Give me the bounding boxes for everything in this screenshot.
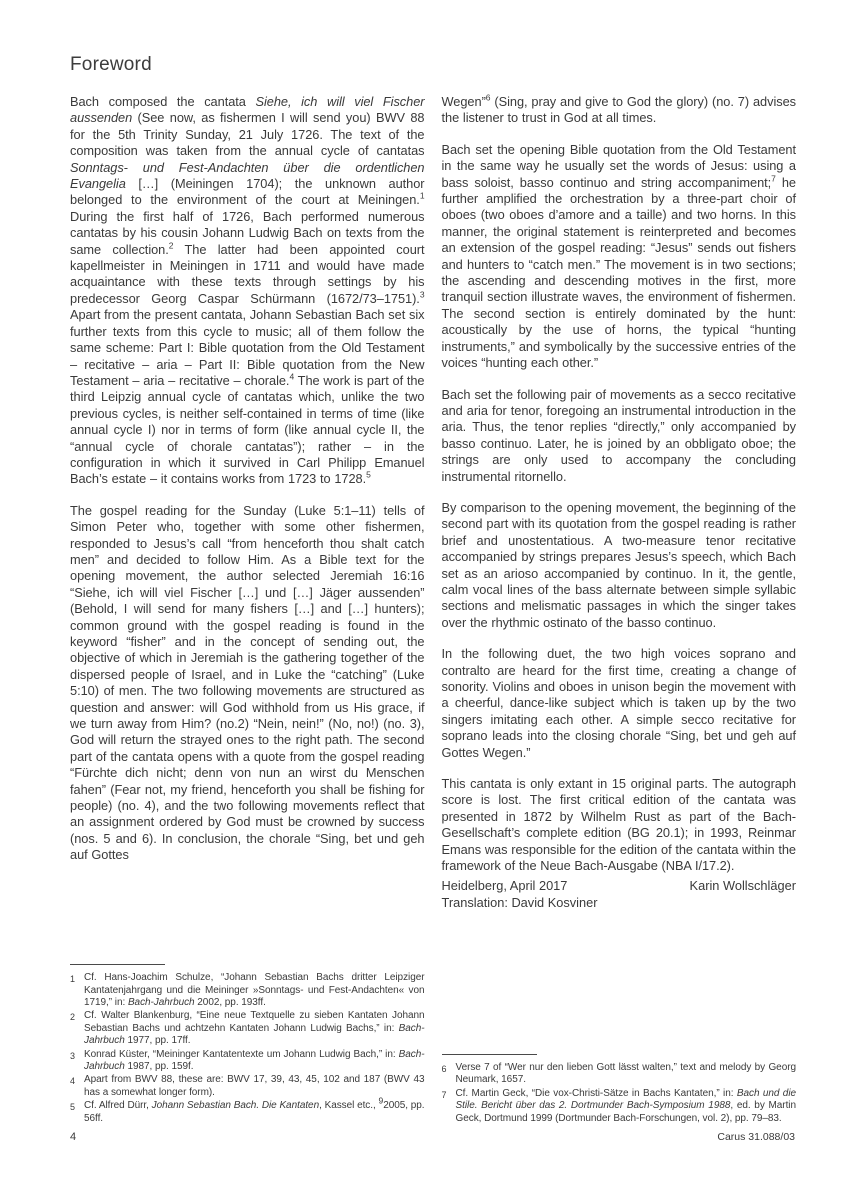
paragraph: This cantata is only extant in 15 origin… (442, 776, 797, 874)
right-footnote-list: 6Verse 7 of “Wer nur den lieben Gott läs… (442, 1062, 797, 1125)
footnote-text: Apart from BWV 88, these are: BWV 17, 39… (84, 1074, 425, 1099)
right-footnote-block: 6Verse 7 of “Wer nur den lieben Gott läs… (442, 1042, 797, 1126)
footnote-text: Cf. Alfred Dürr, Johann Sebastian Bach. … (84, 1100, 425, 1125)
paragraph: Bach set the opening Bible quotation fro… (442, 142, 797, 372)
signature-row: Heidelberg, April 2017 Karin Wollschläge… (442, 878, 797, 894)
signature-author: Karin Wollschläger (690, 878, 796, 894)
footnote-separator (442, 1054, 537, 1055)
page-title: Foreword (70, 54, 152, 76)
signature-block: Heidelberg, April 2017 Karin Wollschläge… (442, 878, 797, 911)
footnote: 6Verse 7 of “Wer nur den lieben Gott läs… (442, 1062, 797, 1087)
footnote: 5Cf. Alfred Dürr, Johann Sebastian Bach.… (70, 1100, 425, 1125)
footnote-number: 1 (70, 972, 84, 1009)
footnote: 7Cf. Martin Geck, “Die vox-Christi-Sätze… (442, 1088, 797, 1125)
page-footer: 4 Carus 31.088/03 (70, 1131, 795, 1143)
paragraph: Bach set the following pair of movements… (442, 387, 797, 485)
paragraph: Bach composed the cantata Siehe, ich wil… (70, 94, 425, 488)
paragraph: By comparison to the opening movement, t… (442, 500, 797, 631)
footnote-number: 6 (442, 1062, 456, 1087)
left-column-text: Bach composed the cantata Siehe, ich wil… (70, 94, 425, 864)
footnote-number: 7 (442, 1088, 456, 1125)
page-number: 4 (70, 1131, 76, 1143)
footnote-text: Cf. Hans-Joachim Schulze, “Johann Sebast… (84, 972, 425, 1009)
footnote-number: 3 (70, 1049, 84, 1074)
left-footnote-block: 1Cf. Hans-Joachim Schulze, “Johann Sebas… (70, 952, 425, 1126)
footnote-number: 2 (70, 1010, 84, 1047)
footnote: 2Cf. Walter Blankenburg, “Eine neue Text… (70, 1010, 425, 1047)
footnote-number: 4 (70, 1074, 84, 1099)
right-column-text: Wegen”6 (Sing, pray and give to God the … (442, 94, 797, 874)
left-footnote-list: 1Cf. Hans-Joachim Schulze, “Johann Sebas… (70, 972, 425, 1125)
footnote: 1Cf. Hans-Joachim Schulze, “Johann Sebas… (70, 972, 425, 1009)
footnote: 4Apart from BWV 88, these are: BWV 17, 3… (70, 1074, 425, 1099)
right-column: Wegen”6 (Sing, pray and give to God the … (442, 94, 797, 1126)
two-column-layout: Bach composed the cantata Siehe, ich wil… (70, 94, 796, 1126)
edition-number: Carus 31.088/03 (717, 1131, 795, 1143)
signature-place-date: Heidelberg, April 2017 (442, 878, 568, 894)
signature-translation: Translation: David Kosviner (442, 895, 797, 911)
footnote-number: 5 (70, 1100, 84, 1125)
paragraph: In the following duet, the two high voic… (442, 646, 797, 761)
footnote-text: Konrad Küster, “Meininger Kantatentexte … (84, 1049, 425, 1074)
paragraph: The gospel reading for the Sunday (Luke … (70, 503, 425, 864)
footnote-text: Cf. Martin Geck, “Die vox-Christi-Sätze … (456, 1088, 797, 1125)
document-page: Foreword Bach composed the cantata Siehe… (0, 0, 845, 1200)
footnote: 3Konrad Küster, “Meininger Kantatentexte… (70, 1049, 425, 1074)
left-column: Bach composed the cantata Siehe, ich wil… (70, 94, 425, 1126)
paragraph: Wegen”6 (Sing, pray and give to God the … (442, 94, 797, 127)
footnote-text: Verse 7 of “Wer nur den lieben Gott läss… (456, 1062, 797, 1087)
footnote-text: Cf. Walter Blankenburg, “Eine neue Textq… (84, 1010, 425, 1047)
footnote-separator (70, 964, 165, 965)
